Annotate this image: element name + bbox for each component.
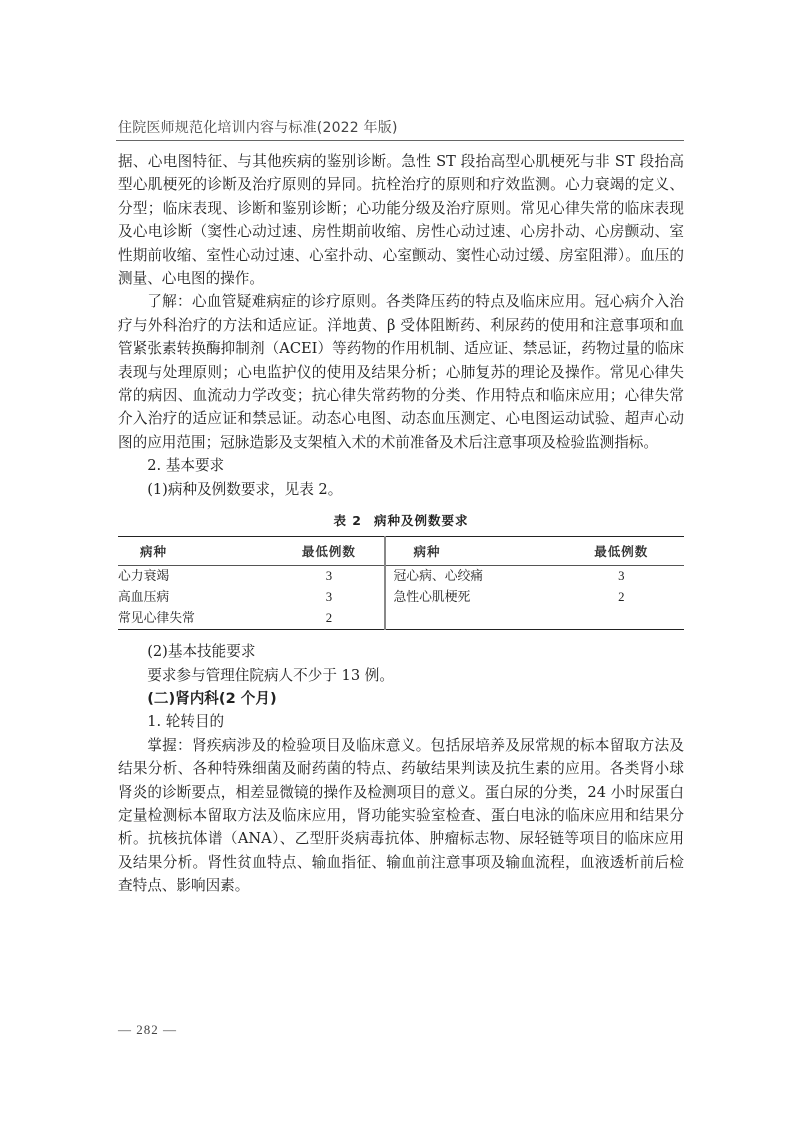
header-disease-left: 病种 — [118, 537, 274, 566]
header-disease-right: 病种 — [385, 537, 559, 566]
cell-disease: 高血压病 — [118, 587, 274, 608]
paragraph-cardiology-understand: 了解：心血管疑难病症的诊疗原则。各类降压药的特点及临床应用。冠心病介入治疗与外科… — [118, 290, 684, 454]
table-caption-number: 表 2 — [333, 513, 362, 528]
section-heading-nephrology: (二)肾内科(2 个月) — [118, 687, 684, 710]
body-text: 据、心电图特征、与其他疾病的鉴别诊断。急性 ST 段抬高型心肌梗死与非 ST 段… — [118, 150, 684, 898]
subheading-cases-requirement: (1)病种及例数要求，见表 2。 — [118, 478, 684, 501]
heading-basic-requirements: 2. 基本要求 — [118, 454, 684, 477]
cell-count: 3 — [559, 566, 684, 588]
cell-disease: 心力衰竭 — [118, 566, 274, 588]
cell-disease: 急性心肌梗死 — [385, 587, 559, 608]
table-row: 高血压病 3 急性心肌梗死 2 — [118, 587, 684, 608]
cell-count: 2 — [559, 587, 684, 608]
table-row: 常见心律失常 2 — [118, 608, 684, 630]
table-row: 心力衰竭 3 冠心病、心绞痛 3 — [118, 566, 684, 588]
cell-count — [559, 608, 684, 630]
document-page: 住院医师规范化培训内容与标准(2022 年版) 据、心电图特征、与其他疾病的鉴别… — [0, 0, 800, 1131]
subheading-basic-skills: (2)基本技能要求 — [118, 640, 684, 663]
cell-disease: 常见心律失常 — [118, 608, 274, 630]
cell-count: 3 — [274, 587, 384, 608]
cell-count: 2 — [274, 608, 384, 630]
table-caption: 表 2病种及例数要求 — [118, 511, 684, 531]
paragraph-cardiology-master: 据、心电图特征、与其他疾病的鉴别诊断。急性 ST 段抬高型心肌梗死与非 ST 段… — [118, 150, 684, 290]
cell-disease — [385, 608, 559, 630]
cell-count: 3 — [274, 566, 384, 588]
table-caption-title: 病种及例数要求 — [374, 513, 469, 528]
header-min-cases-left: 最低例数 — [274, 537, 384, 566]
running-header: 住院医师规范化培训内容与标准(2022 年版) — [118, 117, 398, 137]
cases-requirement-table: 病种 最低例数 病种 最低例数 心力衰竭 3 冠心病、心绞痛 3 高血压病 — [118, 536, 684, 630]
paragraph-nephrology-master: 掌握：肾疾病涉及的检验项目及临床意义。包括尿培养及尿常规的标本留取方法及结果分析… — [118, 734, 684, 898]
header-rule — [116, 140, 684, 141]
header-min-cases-right: 最低例数 — [559, 537, 684, 566]
heading-rotation-goal: 1. 轮转目的 — [118, 710, 684, 733]
cell-disease: 冠心病、心绞痛 — [385, 566, 559, 588]
page-number: — 282 — — [118, 1022, 177, 1038]
table-header-row: 病种 最低例数 病种 最低例数 — [118, 537, 684, 566]
skills-requirement-text: 要求参与管理住院病人不少于 13 例。 — [118, 664, 684, 687]
table-block: 表 2病种及例数要求 病种 最低例数 病种 最低例数 心力衰竭 3 冠心病、心绞… — [118, 511, 684, 630]
